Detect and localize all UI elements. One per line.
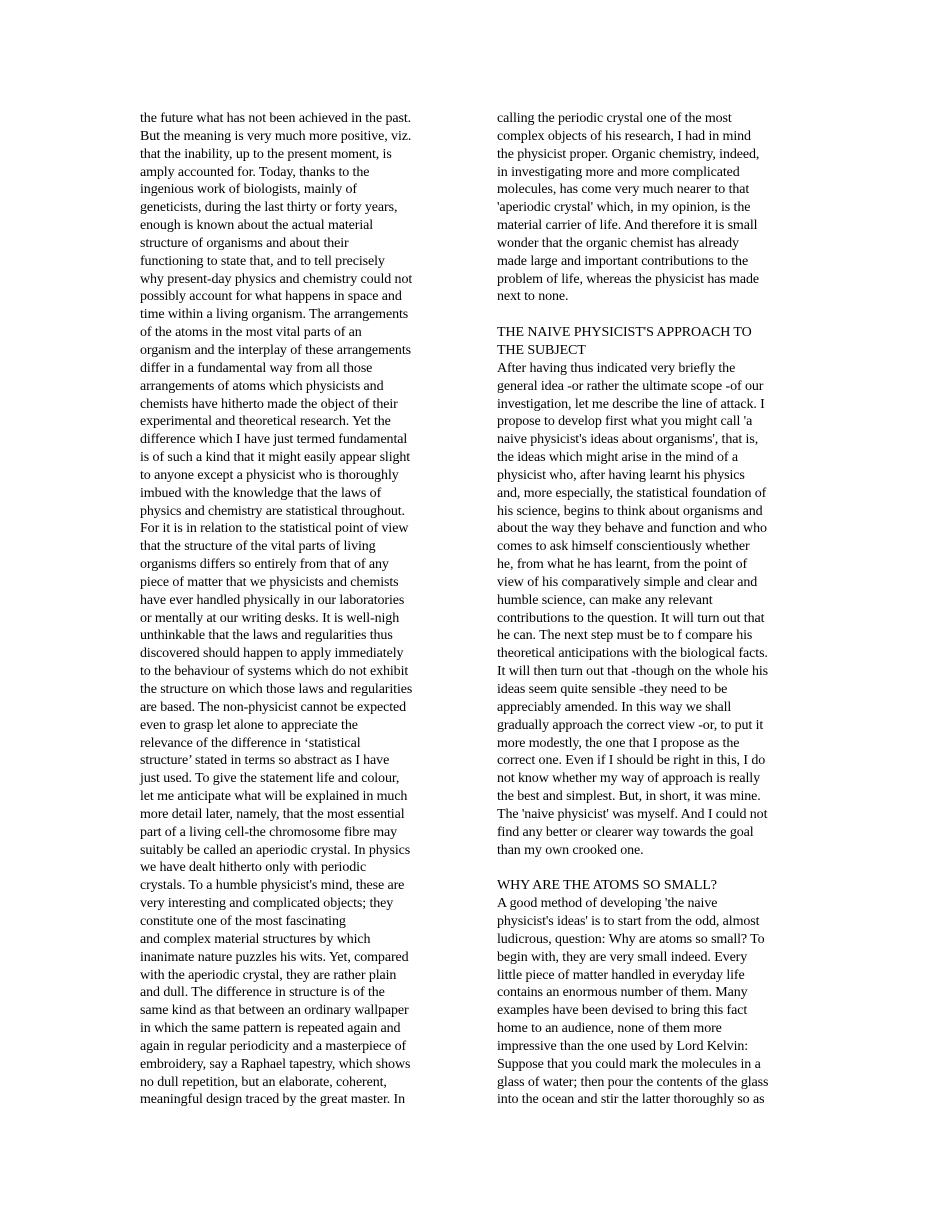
text-line: the best and simplest. But, in short, it…	[497, 788, 842, 806]
text-line: why present-day physics and chemistry co…	[140, 271, 485, 289]
text-line: the future what has not been achieved in…	[140, 110, 485, 128]
text-line: contains an enormous number of them. Man…	[497, 984, 842, 1002]
text-line: imbued with the knowledge that the laws …	[140, 485, 485, 503]
text-line: glass of water; then pour the contents o…	[497, 1074, 842, 1092]
text-line: inanimate nature puzzles his wits. Yet, …	[140, 949, 485, 967]
text-line: view of his comparatively simple and cle…	[497, 574, 842, 592]
text-line: After having thus indicated very briefly…	[497, 360, 842, 378]
text-line: meaningful design traced by the great ma…	[140, 1091, 485, 1109]
text-line: But the meaning is very much more positi…	[140, 128, 485, 146]
text-line: that the inability, up to the present mo…	[140, 146, 485, 164]
text-line: propose to develop first what you might …	[497, 413, 842, 431]
text-line: arrangements of atoms which physicists a…	[140, 378, 485, 396]
text-line: more modestly, the one that I propose as…	[497, 735, 842, 753]
text-line: the ideas which might arise in the mind …	[497, 449, 842, 467]
text-line: impressive than the one used by Lord Kel…	[497, 1038, 842, 1056]
text-line: enough is known about the actual materia…	[140, 217, 485, 235]
text-line: physicist who, after having learnt his p…	[497, 467, 842, 485]
text-line: theoretical anticipations with the biolo…	[497, 645, 842, 663]
text-line: organism and the interplay of these arra…	[140, 342, 485, 360]
text-line: wonder that the organic chemist has alre…	[497, 235, 842, 253]
text-column-left: the future what has not been achieved in…	[140, 110, 485, 1109]
text-line: of the atoms in the most vital parts of …	[140, 324, 485, 342]
text-line: find any better or clearer way towards t…	[497, 824, 842, 842]
text-line: made large and important contributions t…	[497, 253, 842, 271]
text-line: next to none.	[497, 288, 842, 306]
text-line: he can. The next step must be to f compa…	[497, 627, 842, 645]
text-line: physicist's ideas' is to start from the …	[497, 913, 842, 931]
text-line: and, more especially, the statistical fo…	[497, 485, 842, 503]
text-line	[497, 306, 842, 324]
text-line: general idea -or rather the ultimate sco…	[497, 378, 842, 396]
text-line: the structure on which those laws and re…	[140, 681, 485, 699]
text-line	[497, 859, 842, 877]
text-line: 'aperiodic crystal' which, in my opinion…	[497, 199, 842, 217]
text-line: are based. The non-physicist cannot be e…	[140, 699, 485, 717]
section-heading: WHY ARE THE ATOMS SO SMALL?	[497, 877, 842, 895]
text-line: correct one. Even if I should be right i…	[497, 752, 842, 770]
text-line: time within a living organism. The arran…	[140, 306, 485, 324]
document-page: the future what has not been achieved in…	[0, 0, 950, 1230]
text-line: little piece of matter handled in everyd…	[497, 967, 842, 985]
text-line: more detail later, namely, that the most…	[140, 806, 485, 824]
text-line: Suppose that you could mark the molecule…	[497, 1056, 842, 1074]
text-line: discovered should happen to apply immedi…	[140, 645, 485, 663]
paragraph: the future what has not been achieved in…	[140, 110, 485, 1109]
text-line: crystals. To a humble physicist's mind, …	[140, 877, 485, 895]
text-line: with the aperiodic crystal, they are rat…	[140, 967, 485, 985]
text-line: differ in a fundamental way from all tho…	[140, 360, 485, 378]
text-line: and dull. The difference in structure is…	[140, 984, 485, 1002]
text-line: about the way they behave and function a…	[497, 520, 842, 538]
text-line: physics and chemistry are statistical th…	[140, 503, 485, 521]
text-line: constitute one of the most fascinating	[140, 913, 485, 931]
text-line: relevance of the difference in ‘statisti…	[140, 735, 485, 753]
text-line: piece of matter that we physicists and c…	[140, 574, 485, 592]
text-line: A good method of developing 'the naive	[497, 895, 842, 913]
text-line: very interesting and complicated objects…	[140, 895, 485, 913]
text-line: possibly account for what happens in spa…	[140, 288, 485, 306]
text-line: humble science, can make any relevant	[497, 592, 842, 610]
text-line: functioning to state that, and to tell p…	[140, 253, 485, 271]
text-line: he, from what he has learnt, from the po…	[497, 556, 842, 574]
text-line: appreciably amended. In this way we shal…	[497, 699, 842, 717]
text-line: molecules, has come very much nearer to …	[497, 181, 842, 199]
text-line: in which the same pattern is repeated ag…	[140, 1020, 485, 1038]
text-line: in investigating more and more complicat…	[497, 164, 842, 182]
text-line: his science, begins to think about organ…	[497, 503, 842, 521]
paragraph: After having thus indicated very briefly…	[497, 360, 842, 860]
text-line: WHY ARE THE ATOMS SO SMALL?	[497, 877, 842, 895]
text-line: no dull repetition, but an elaborate, co…	[140, 1074, 485, 1092]
paragraph: calling the periodic crystal one of the …	[497, 110, 842, 306]
text-line: ideas seem quite sensible -they need to …	[497, 681, 842, 699]
text-line: we have dealt hitherto only with periodi…	[140, 859, 485, 877]
text-line: and complex material structures by which	[140, 931, 485, 949]
text-line: have ever handled physically in our labo…	[140, 592, 485, 610]
text-line: let me anticipate what will be explained…	[140, 788, 485, 806]
text-line: unthinkable that the laws and regulariti…	[140, 627, 485, 645]
text-line: suitably be called an aperiodic crystal.…	[140, 842, 485, 860]
text-line: THE SUBJECT	[497, 342, 842, 360]
text-line: ingenious work of biologists, mainly of	[140, 181, 485, 199]
text-line: ludicrous, question: Why are atoms so sm…	[497, 931, 842, 949]
text-line: material carrier of life. And therefore …	[497, 217, 842, 235]
text-line: to anyone except a physicist who is thor…	[140, 467, 485, 485]
text-line: examples have been devised to bring this…	[497, 1002, 842, 1020]
text-line: naive physicist's ideas about organisms'…	[497, 431, 842, 449]
text-line: THE NAIVE PHYSICIST'S APPROACH TO	[497, 324, 842, 342]
text-line: structure of organisms and about their	[140, 235, 485, 253]
text-line: The 'naive physicist' was myself. And I …	[497, 806, 842, 824]
text-line: investigation, let me describe the line …	[497, 396, 842, 414]
text-line: begin with, they are very small indeed. …	[497, 949, 842, 967]
text-line: calling the periodic crystal one of the …	[497, 110, 842, 128]
text-line: or mentally at our writing desks. It is …	[140, 610, 485, 628]
text-line: problem of life, whereas the physicist h…	[497, 271, 842, 289]
text-line: complex objects of his research, I had i…	[497, 128, 842, 146]
text-line: amply accounted for. Today, thanks to th…	[140, 164, 485, 182]
text-column-right: calling the periodic crystal one of the …	[497, 110, 842, 1109]
text-line: It will then turn out that -though on th…	[497, 663, 842, 681]
section-heading: THE NAIVE PHYSICIST'S APPROACH TOTHE SUB…	[497, 324, 842, 360]
text-line: same kind as that between an ordinary wa…	[140, 1002, 485, 1020]
text-line: difference which I have just termed fund…	[140, 431, 485, 449]
paragraph-spacer	[497, 306, 842, 324]
paragraph: A good method of developing 'the naiveph…	[497, 895, 842, 1109]
text-line: is of such a kind that it might easily a…	[140, 449, 485, 467]
text-line: embroidery, say a Raphael tapestry, whic…	[140, 1056, 485, 1074]
text-line: structure’ stated in terms so abstract a…	[140, 752, 485, 770]
text-line: to the behaviour of systems which do not…	[140, 663, 485, 681]
text-line: gradually approach the correct view -or,…	[497, 717, 842, 735]
text-line: again in regular periodicity and a maste…	[140, 1038, 485, 1056]
text-line: even to grasp let alone to appreciate th…	[140, 717, 485, 735]
text-line: comes to ask himself conscientiously whe…	[497, 538, 842, 556]
text-line: contributions to the question. It will t…	[497, 610, 842, 628]
text-line: into the ocean and stir the latter thoro…	[497, 1091, 842, 1109]
text-line: chemists have hitherto made the object o…	[140, 396, 485, 414]
text-line: experimental and theoretical research. Y…	[140, 413, 485, 431]
text-line: that the structure of the vital parts of…	[140, 538, 485, 556]
text-line: the physicist proper. Organic chemistry,…	[497, 146, 842, 164]
text-line: than my own crooked one.	[497, 842, 842, 860]
paragraph-spacer	[497, 859, 842, 877]
text-line: just used. To give the statement life an…	[140, 770, 485, 788]
text-line: home to an audience, none of them more	[497, 1020, 842, 1038]
text-line: For it is in relation to the statistical…	[140, 520, 485, 538]
text-line: geneticists, during the last thirty or f…	[140, 199, 485, 217]
text-line: part of a living cell-the chromosome fib…	[140, 824, 485, 842]
text-line: organisms differs so entirely from that …	[140, 556, 485, 574]
text-line: not know whether my way of approach is r…	[497, 770, 842, 788]
